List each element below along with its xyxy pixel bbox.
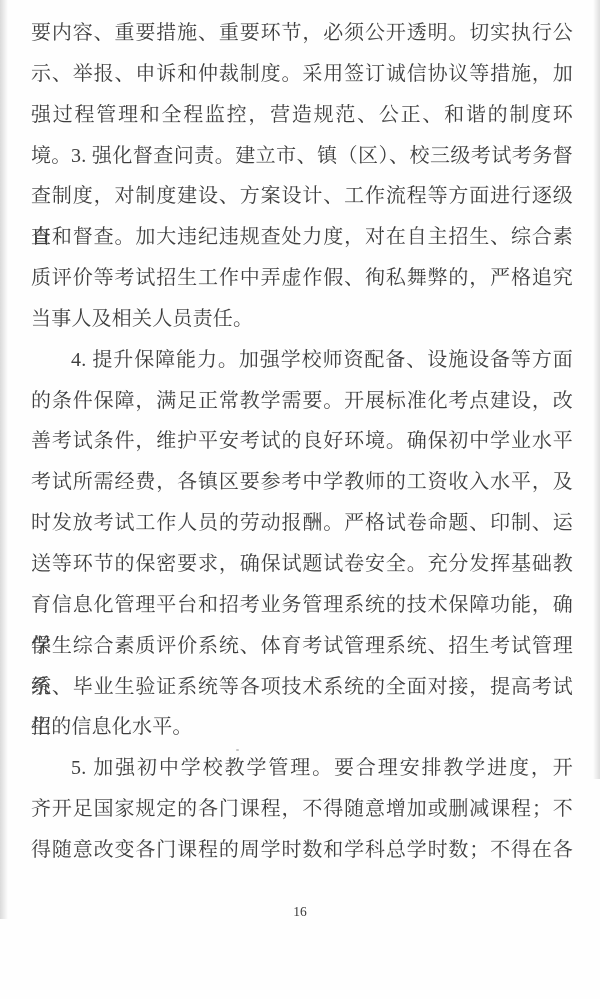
text-line: 考试所需经费，各镇区要参考中学教师的工资收入水平，及 xyxy=(31,462,573,503)
text-line: 质评价等考试招生工作中弄虚作假、徇私舞弊的，严格追究 xyxy=(31,258,573,299)
text-line: 学生综合素质评价系统、体育考试管理系统、招生考试管理系 xyxy=(31,626,573,667)
text-line: 查和督查。加大违纪违规查处力度，对在自主招生、综合素 xyxy=(31,217,573,258)
text-line: 4. 提升保障能力。加强学校师资配备、设施设备等方面 xyxy=(31,340,573,381)
text-line: 5. 加强初中学校教学管理。要合理安排教学进度，开 xyxy=(31,748,573,789)
text-line: 当事人及相关人员责任。 xyxy=(31,299,573,340)
text-line: 善考试条件，维护平安考试的良好环境。确保初中学业水平 xyxy=(31,421,573,462)
text-line: 得随意改变各门课程的周学时数和学科总学时数；不得在各 xyxy=(31,830,573,871)
scan-speckle xyxy=(236,749,239,751)
text-line: 齐开足国家规定的各门课程，不得随意增加或删减课程；不 xyxy=(31,789,573,830)
scanned-document-page: 要内容、重要措施、重要环节，必须公开透明。切实执行公示、举报、申诉和仲裁制度。采… xyxy=(0,0,600,999)
text-line: 统、毕业生验证系统等各项技术系统的全面对接，提高考试招 xyxy=(31,667,573,708)
text-line: 强过程管理和全程监控，营造规范、公正、和谐的制度环境。 xyxy=(31,95,573,136)
text-line: 示、举报、申诉和仲裁制度。采用签订诚信协议等措施，加 xyxy=(31,54,573,95)
text-line: 育信息化管理平台和招考业务管理系统的技术保障功能，确保 xyxy=(31,585,573,626)
scan-edge-right xyxy=(593,0,600,779)
scan-edge-left xyxy=(0,0,8,919)
text-line: 生的信息化水平。 xyxy=(31,707,573,748)
text-line: 要内容、重要措施、重要环节，必须公开透明。切实执行公 xyxy=(31,13,573,54)
text-line: 的条件保障，满足正常教学需要。开展标准化考点建设，改 xyxy=(31,381,573,422)
page-number: 16 xyxy=(0,904,600,920)
document-body: 要内容、重要措施、重要环节，必须公开透明。切实执行公示、举报、申诉和仲裁制度。采… xyxy=(31,13,573,871)
text-line: 3. 强化督查问责。建立市、镇（区）、校三级考试考务督 xyxy=(31,136,573,177)
text-line: 查制度，对制度建设、方案设计、工作流程等方面进行逐级自 xyxy=(31,176,573,217)
text-line: 送等环节的保密要求，确保试题试卷安全。充分发挥基础教 xyxy=(31,544,573,585)
text-line: 时发放考试工作人员的劳动报酬。严格试卷命题、印制、运 xyxy=(31,503,573,544)
